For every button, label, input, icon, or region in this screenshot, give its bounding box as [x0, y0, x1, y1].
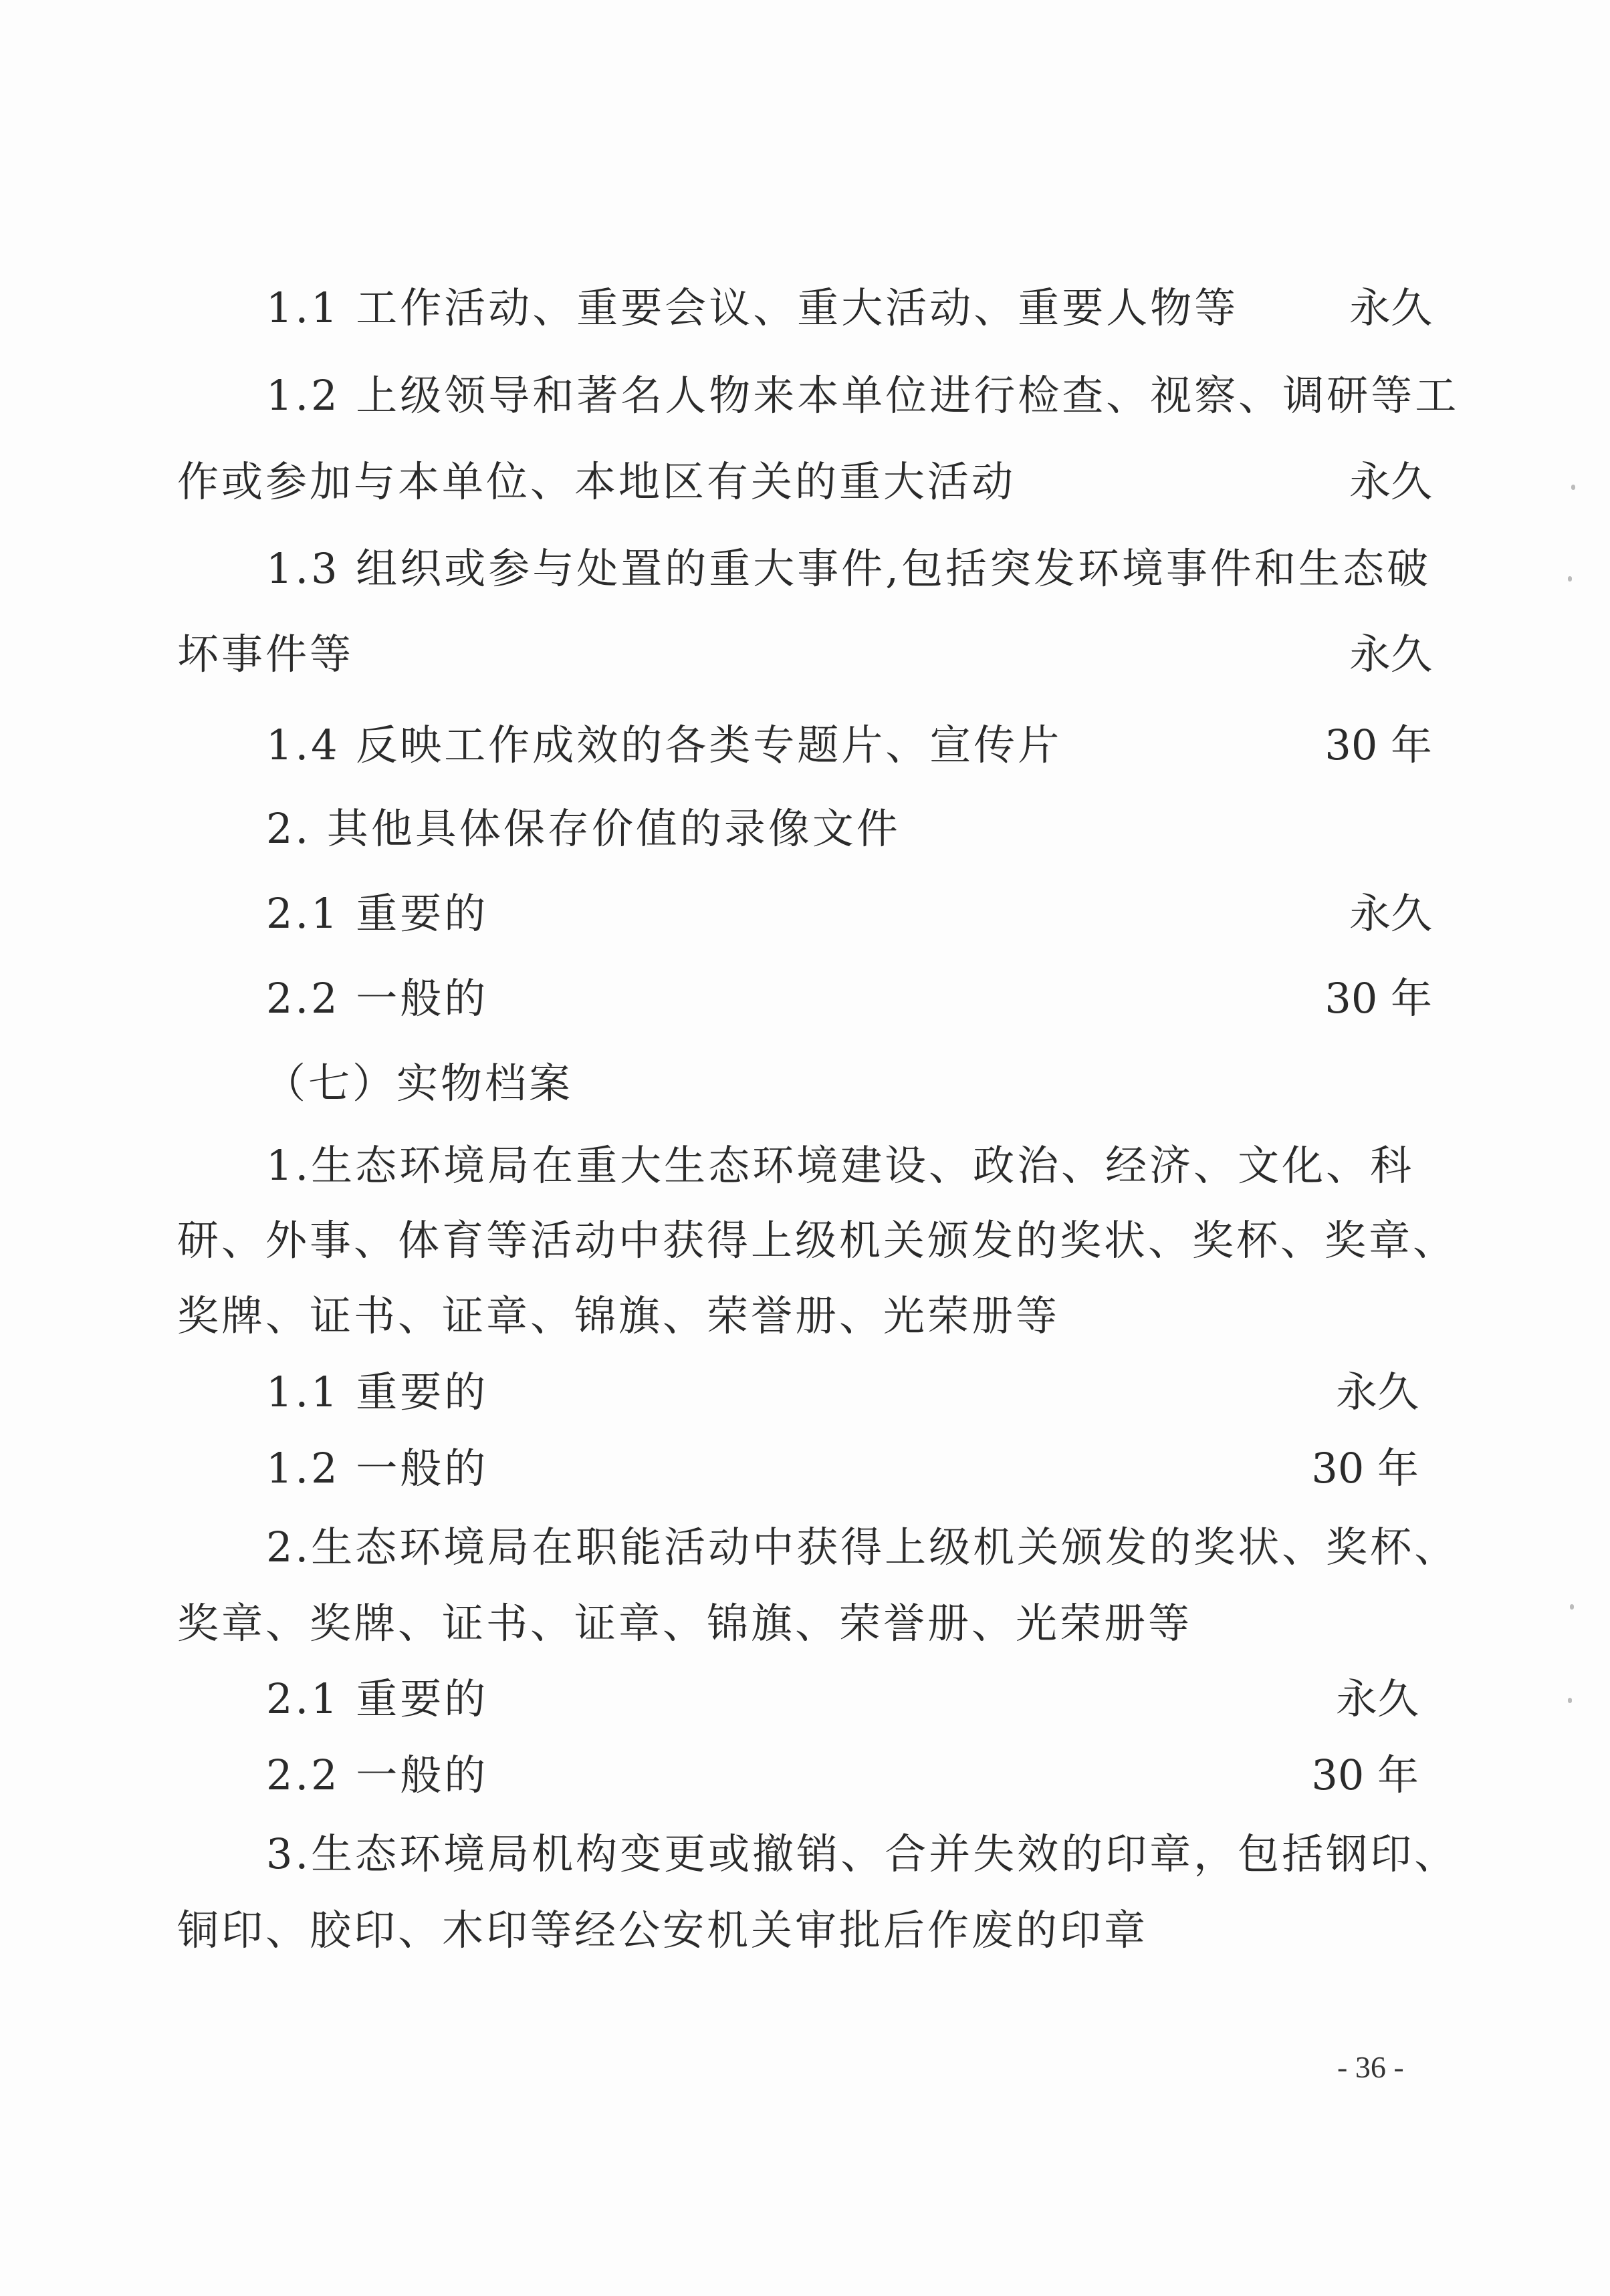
retention-period: 永久 — [1232, 287, 1432, 329]
retention-period: 30 年 — [1218, 1448, 1419, 1489]
text-line: 2.2 一般的 — [266, 1755, 488, 1796]
text-line: 1.生态环境局在重大生态环境建设、政治、经济、文化、科 — [266, 1145, 1414, 1186]
retention-period: 30 年 — [1232, 978, 1432, 1019]
text-line: 2. 其他具体保存价值的录像文件 — [266, 808, 901, 850]
retention-period: 30 年 — [1232, 725, 1432, 766]
retention-period: 永久 — [1232, 634, 1432, 675]
text-line: 3.生态环境局机构变更或撤销、合并失效的印章，包括钢印、 — [266, 1833, 1458, 1875]
retention-period: 永久 — [1232, 461, 1432, 503]
text-line: 2.1 重要的 — [266, 893, 488, 934]
text-line: 作或参加与本单位、本地区有关的重大活动 — [177, 461, 1016, 503]
document-page: 1.1 工作活动、重要会议、重大活动、重要人物等 永久 1.2 上级领导和著名人… — [0, 0, 1610, 2296]
text-line: 研、外事、体育等活动中获得上级机关颁发的奖状、奖杯、奖章、 — [177, 1220, 1457, 1261]
text-line: 1.1 工作活动、重要会议、重大活动、重要人物等 — [266, 287, 1238, 329]
text-line: 坏事件等 — [177, 634, 354, 675]
page-number: - 36 - — [1337, 2052, 1404, 2083]
scan-speck — [1570, 1604, 1574, 1610]
text-line: 1.2 一般的 — [266, 1448, 488, 1489]
scan-speck — [1568, 576, 1572, 582]
text-line: 1.3 组织或参与处置的重大事件,包括突发环境事件和生态破 — [266, 548, 1431, 590]
retention-period: 永久 — [1232, 893, 1432, 934]
retention-period: 30 年 — [1218, 1755, 1419, 1796]
text-line: 1.4 反映工作成效的各类专题片、宣传片 — [266, 725, 1062, 766]
text-line: 奖牌、证书、证章、锦旗、荣誉册、光荣册等 — [177, 1295, 1060, 1337]
scan-speck — [1568, 1698, 1572, 1703]
retention-period: 永久 — [1218, 1678, 1419, 1720]
section-heading: （七）实物档案 — [264, 1063, 573, 1104]
text-line: 2.1 重要的 — [266, 1678, 488, 1720]
text-line: 1.1 重要的 — [266, 1372, 488, 1413]
text-line: 2.2 一般的 — [266, 978, 488, 1019]
text-line: 奖章、奖牌、证书、证章、锦旗、荣誉册、光荣册等 — [177, 1603, 1192, 1644]
text-line: 2.生态环境局在职能活动中获得上级机关颁发的奖状、奖杯、 — [266, 1527, 1458, 1568]
text-line: 1.2 上级领导和著名人物来本单位进行检查、视察、调研等工 — [266, 375, 1459, 416]
retention-period: 永久 — [1218, 1372, 1419, 1413]
text-line: 铜印、胶印、木印等经公安机关审批后作废的印章 — [177, 1910, 1148, 1951]
scan-speck — [1571, 485, 1575, 490]
